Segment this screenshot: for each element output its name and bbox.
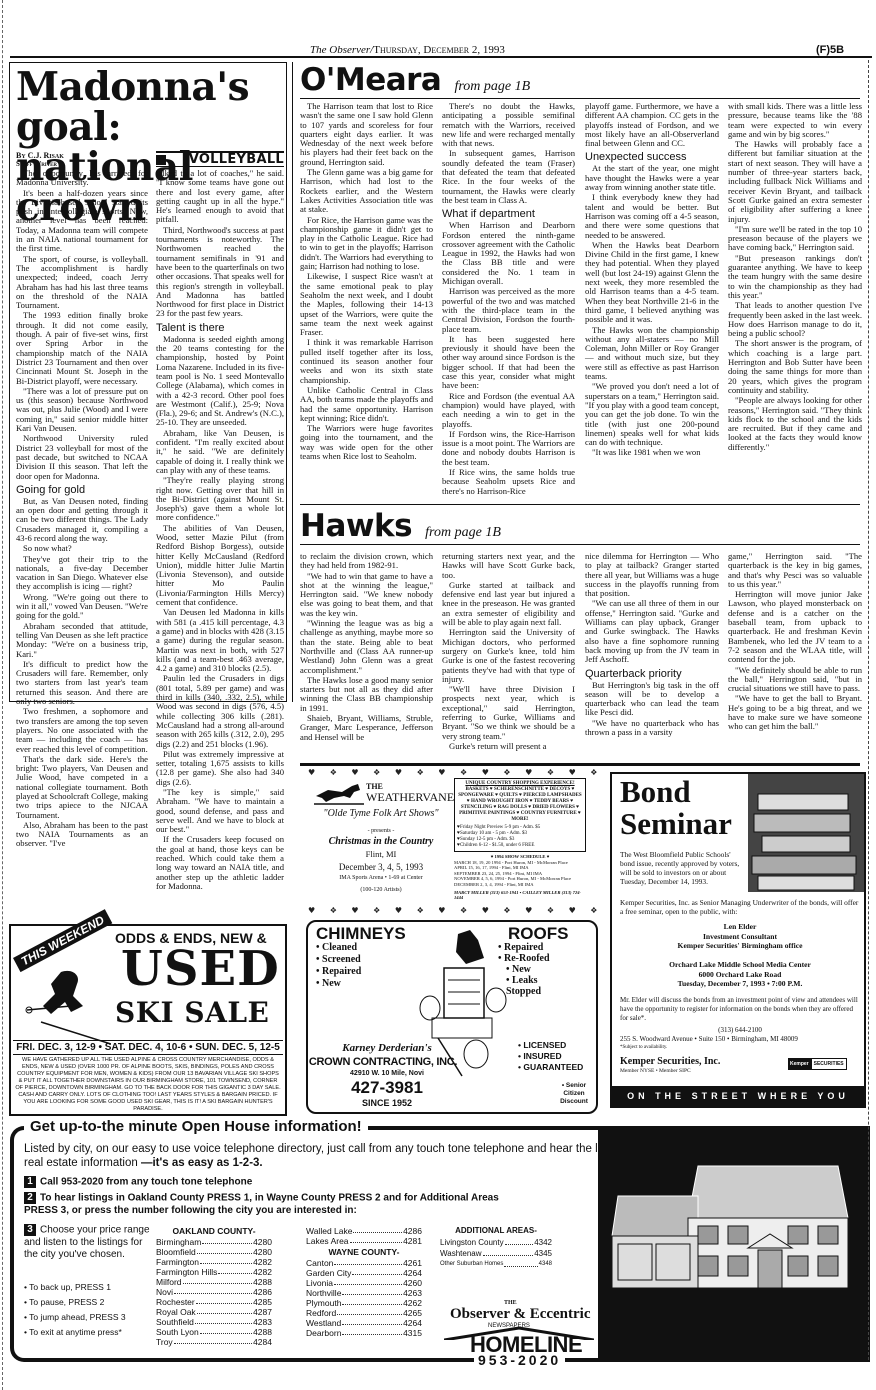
books-icon (748, 774, 864, 892)
hawks-top-rule (300, 504, 860, 505)
ski-sale-title: SKI SALE (115, 996, 269, 1029)
directory-row: Canton4261 (306, 1258, 422, 1268)
directory-row: Walled Lake4286 (306, 1226, 422, 1236)
omeara-col-2: There's no doubt the Hawks, anticipating… (442, 102, 575, 497)
directory-row: Washtenaw4345 (440, 1248, 552, 1259)
subhead-what-if: What if department (442, 208, 575, 220)
omeara-col-4: with small kids. There was a little less… (728, 102, 862, 453)
page-edge-border (2, 0, 3, 1390)
directory-row: Farmington4282 (156, 1257, 272, 1267)
directory-row: Livonia4260 (306, 1278, 422, 1288)
madonna-col-1: The opportunity has arrived for Madonna … (16, 169, 148, 850)
directory-row: Dearborn4315 (306, 1328, 422, 1338)
heart-border-icon: ♥ ❖ ♥ ❖ ♥ ❖ ♥ ❖ ♥ ❖ ♥ ❖ ♥ ❖ ♥ ❖ ♥ ❖ ♥ ❖ (308, 768, 598, 777)
paper-name: The Observer/ (310, 44, 373, 56)
hawks-header: Hawks from page 1B (300, 508, 501, 544)
section-label-bar: VOLLEYBALL (156, 151, 284, 167)
directory-row: Birmingham4280 (156, 1237, 272, 1247)
homeline-step-1: 1Call 953-2020 from any touch tone telep… (24, 1176, 252, 1188)
oakland-county-list: OAKLAND COUNTY- Birmingham4280 Bloomfiel… (156, 1226, 272, 1347)
directory-row: Novi4286 (156, 1287, 272, 1297)
directory-row: Milford4288 (156, 1277, 272, 1287)
roof-services: • Repaired • Re-Roofed • New • Leaks Sto… (498, 942, 568, 997)
bond-footer-banner: ON THE STREET WHERE YOU LIVE (612, 1086, 864, 1106)
bond-phone: (313) 644-2100 (620, 1026, 860, 1034)
kemper-logo: Kemper SECURITIES (788, 1058, 847, 1070)
phone-number: 427-3981 (312, 1078, 462, 1098)
subhead-quarterback-priority: Quarterback priority (585, 668, 719, 680)
bond-seminar-title: Bond Seminar (620, 776, 732, 840)
directory-row: Southfield4283 (156, 1317, 272, 1327)
event-title: Christmas in the Country (312, 836, 450, 847)
omeara-col-3: playoff game. Furthermore, we have a dif… (585, 102, 719, 459)
masthead: The Observer/Thursday, December 2, 1993 (310, 44, 505, 56)
directory-row: Farmington Hills4282 (156, 1267, 272, 1277)
madonna-col-2: VOLLEYBALL talked to a lot of coaches," … (156, 151, 284, 892)
used-title: USED (121, 944, 280, 994)
house-illustration (598, 1126, 870, 1362)
company-name: CROWN CONTRACTING, INC. (308, 1056, 458, 1068)
stacked-books-illustration (748, 774, 864, 892)
wayne-county-list: Walled Lake4286 Lakes Area4281 WAYNE COU… (306, 1226, 422, 1338)
homeline-ad: Get up-to-the minute Open House informat… (10, 1126, 866, 1362)
hawks-rule (300, 544, 860, 545)
hawks-col-3: nice dilemma for Herrington — Who to pla… (585, 552, 719, 738)
subhead-talent: Talent is there (156, 322, 284, 334)
homeline-title: Get up-to-the minute Open House informat… (24, 1118, 368, 1135)
colonial-house-icon (598, 1126, 870, 1362)
additional-areas-list: ADDITIONAL AREAS- Livingston County4342 … (440, 1226, 552, 1270)
directory-row: Troy4284 (156, 1337, 272, 1347)
omeara-headline: O'Meara (300, 62, 441, 98)
directory-row: Redford4265 (306, 1308, 422, 1318)
horse-weathervane-icon (314, 782, 364, 806)
masthead-rule (10, 56, 872, 58)
subhead-unexpected-success: Unexpected success (585, 151, 719, 163)
homeline-step-3: 3Choose your price range and listen to t… (24, 1224, 150, 1261)
sale-dates: FRI. DEC. 3, 12-9 • SAT. DEC. 4, 10-6 • … (13, 1040, 283, 1055)
this-weekend-banner: THIS WEEKEND (13, 909, 112, 972)
venue-info: Orchard Lake Middle School Media Center … (620, 960, 860, 989)
directory-row: Other Suburban Homes4348 (440, 1259, 552, 1270)
section-label: VOLLEYBALL (189, 152, 284, 167)
directory-row: Plymouth4262 (306, 1298, 422, 1308)
column-divider (292, 62, 293, 702)
madonna-article: Madonna's goal: national crown By C.J. R… (9, 62, 287, 702)
issue-date: Thursday, December 2, 1993 (373, 44, 505, 56)
hawks-headline: Hawks (300, 508, 412, 544)
jump-line: from page 1B (425, 525, 501, 540)
page-number: (F)5B (816, 44, 844, 56)
directory-row: Rochester4285 (156, 1297, 272, 1307)
chimney-services: • Cleaned • Screened • Repaired • New (316, 942, 361, 990)
weathervane-info-box: UNIQUE COUNTRY SHOPPING EXPERIENCE! BASK… (454, 778, 586, 852)
directory-row: Westland4264 (306, 1318, 422, 1328)
weathervane-ad: ♥ ❖ ♥ ❖ ♥ ❖ ♥ ❖ ♥ ❖ ♥ ❖ ♥ ❖ ♥ ❖ ♥ ❖ ♥ ❖ … (308, 768, 598, 918)
hawks-bottom-rule (300, 763, 860, 766)
bond-seminar-ad: Bond Seminar The West Bloomfield Public … (610, 772, 866, 1108)
phone-options: • To back up, PRESS 1 • To pause, PRESS … (24, 1280, 154, 1340)
heart-border-icon: ♥ ❖ ♥ ❖ ♥ ❖ ♥ ❖ ♥ ❖ ♥ ❖ ♥ ❖ ♥ ❖ ♥ ❖ ♥ ❖ (308, 906, 598, 915)
homeline-phone: 953-2020 (474, 1352, 565, 1368)
crown-contracting-ad: CHIMNEYS • Cleaned • Screened • Repaired… (306, 920, 598, 1114)
jump-line: from page 1B (454, 79, 530, 94)
directory-row: Northville4263 (306, 1288, 422, 1298)
directory-row: Bloomfield4280 (156, 1247, 272, 1257)
directory-row: Royal Oak4287 (156, 1307, 272, 1317)
speaker-info: Len Elder Investment Consultant Kemper S… (620, 922, 860, 951)
ski-sale-ad: THIS WEEKEND ODDS & ENDS, NEW & USED SKI… (9, 924, 287, 1116)
hawks-col-2: returning starters next year, and the Ha… (442, 552, 575, 752)
omeara-rule (300, 98, 860, 99)
byline: By C.J. Risak Staff Writer (16, 151, 64, 169)
subhead-going-for-gold: Going for gold (16, 484, 148, 496)
page-edge-border (868, 60, 869, 1360)
licensed-insured: • LICENSED • INSURED • GUARANTEED (518, 1040, 583, 1073)
hawks-col-1: to reclaim the division crown, which the… (300, 552, 433, 743)
directory-row: Lakes Area4281 (306, 1236, 422, 1246)
square-bullet-icon (156, 155, 166, 165)
hawks-col-4: game," Herrington said. "The quarterback… (728, 552, 862, 733)
directory-row: Garden City4264 (306, 1268, 422, 1278)
directory-row: South Lyon4288 (156, 1327, 272, 1337)
kemper-name: Kemper Securities, Inc. (620, 1056, 720, 1067)
show-schedule: ♥ 1994 SHOW SCHEDULE ♥ MARCH 18, 19, 20 … (454, 854, 586, 901)
directory-row: Livingston County4342 (440, 1237, 552, 1248)
weathervane-brand: WEATHERVANE (366, 790, 454, 805)
observer-eccentric-logo: Observer & Eccentric (450, 1306, 591, 1323)
omeara-header: O'Meara from page 1B (300, 62, 530, 98)
homeline-intro: Listed by city, on our easy to use voice… (24, 1142, 634, 1170)
omeara-col-1: The Harrison team that lost to Rice wasn… (300, 102, 433, 462)
skier-silhouette-icon (21, 966, 111, 1046)
homeline-step-2: 2To hear listings in Oakland County PRES… (24, 1192, 524, 1217)
